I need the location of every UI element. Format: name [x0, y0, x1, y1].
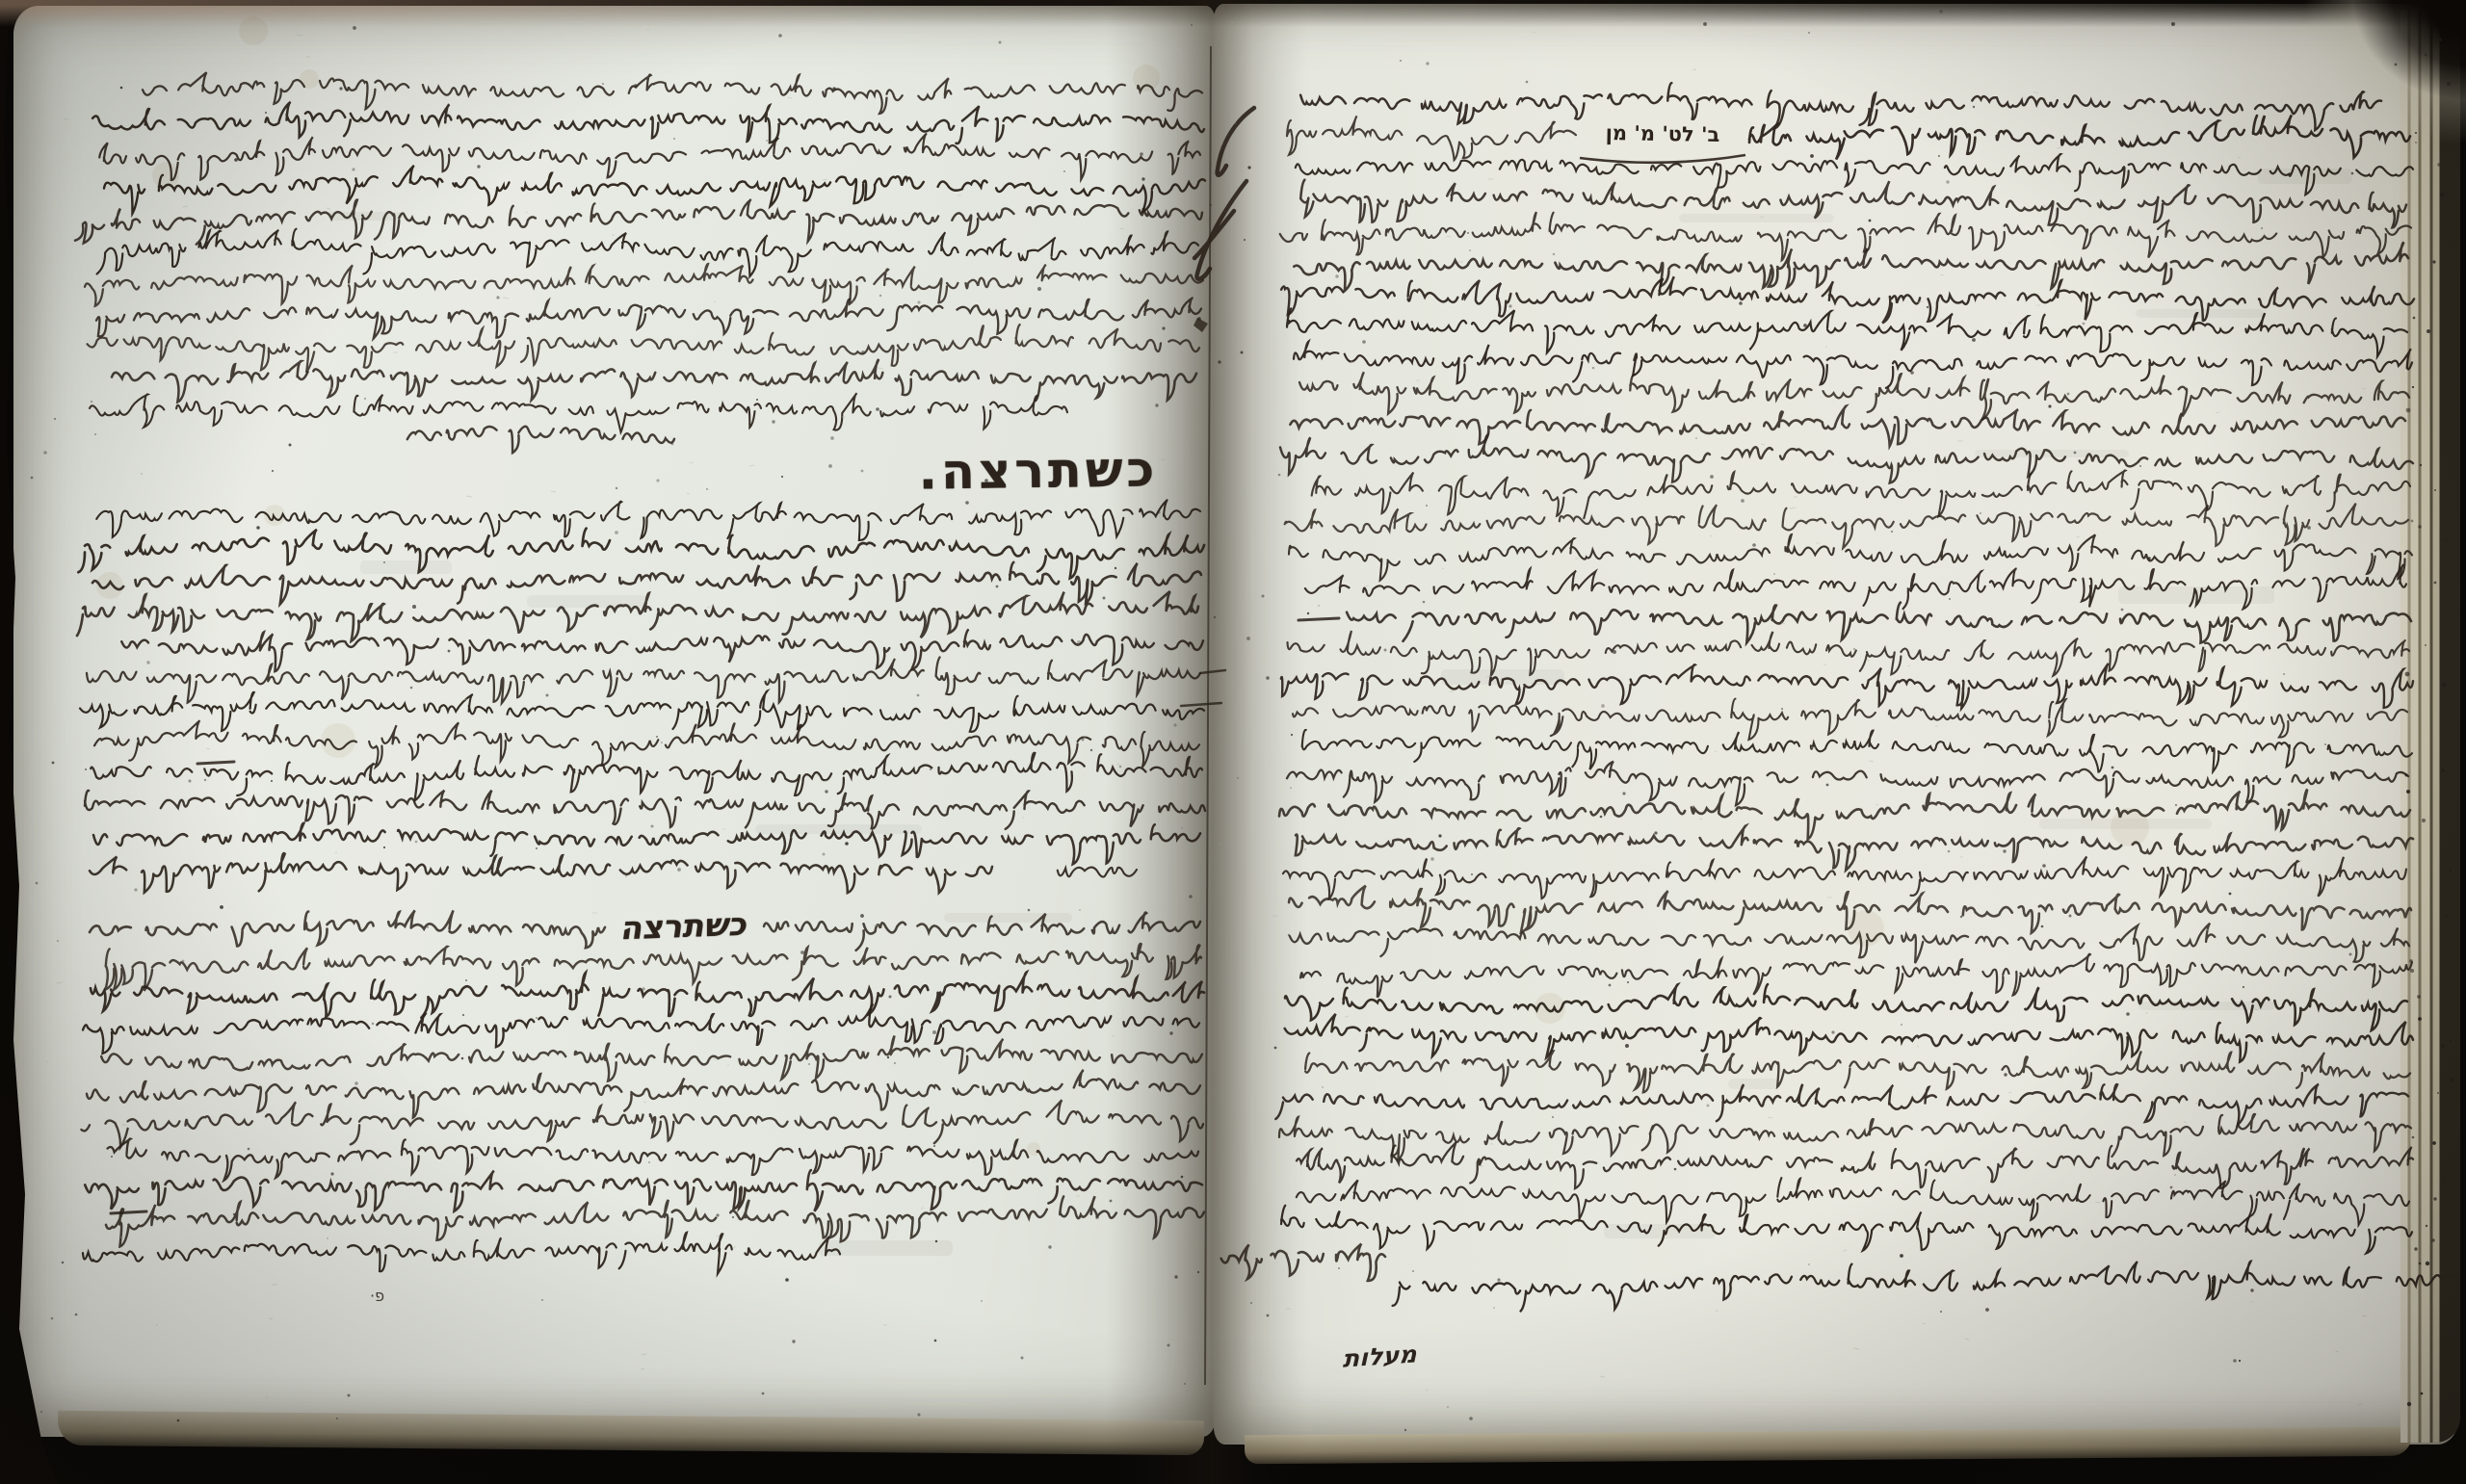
- underlined-phrase: ב' לט' מ' מן: [1578, 120, 1747, 146]
- manuscript-photo: כשתרצה. כשתרצה ב' לט' מ' מן מעלות פ·: [0, 0, 2466, 1484]
- section-heading-word: כשתרצה.: [899, 441, 1179, 508]
- handwriting-ink-layer: [0, 0, 2466, 1484]
- inline-section-heading-word: כשתרצה: [600, 904, 770, 948]
- scribal-mark: פ·: [370, 1287, 384, 1305]
